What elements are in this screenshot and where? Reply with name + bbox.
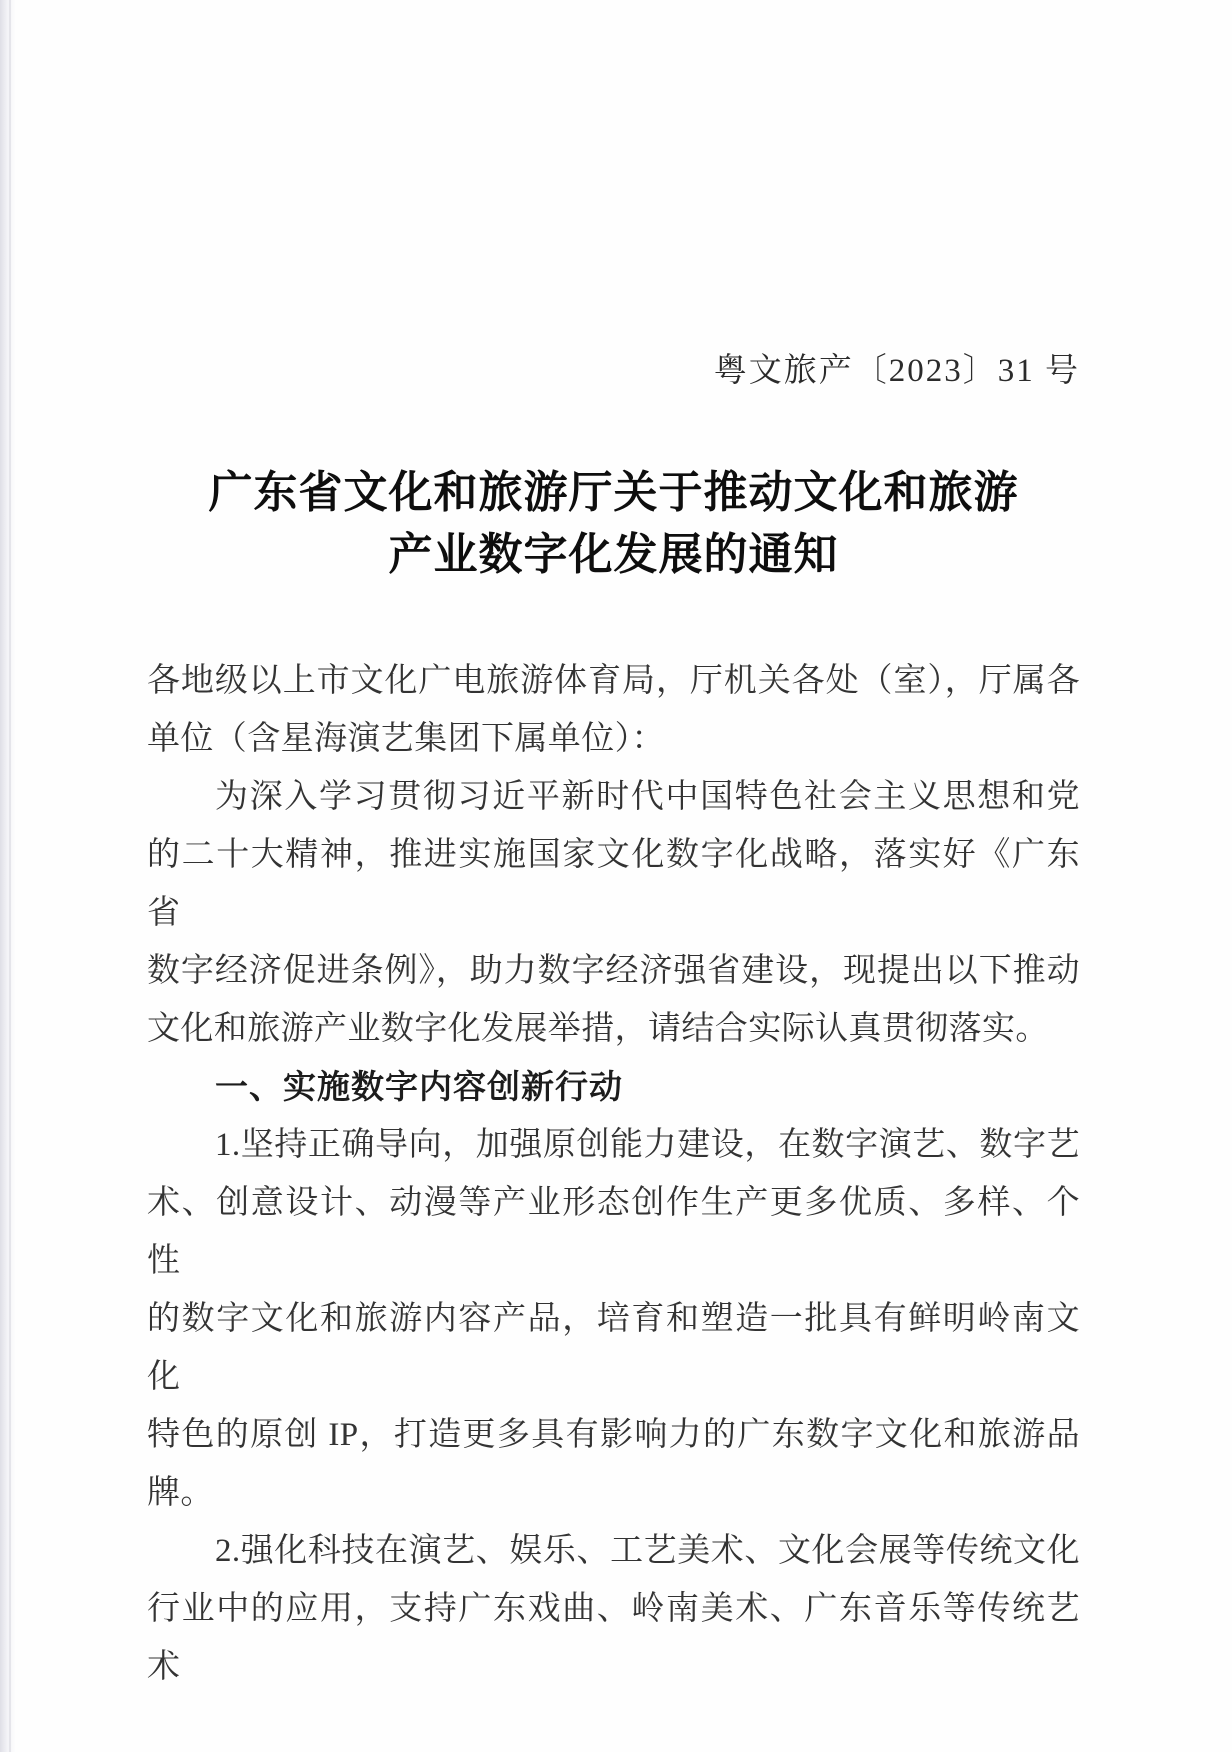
body-line: 术、创意设计、动漫等产业形态创作生产更多优质、多样、个性 — [147, 1174, 1080, 1290]
body-line: 文化和旅游产业数字化发展举措，请结合实际认真贯彻落实。 — [147, 1000, 1080, 1058]
body-line: 各地级以上市文化广电旅游体育局，厅机关各处（室），厅属各 — [147, 652, 1080, 710]
body-line: 的二十大精神，推进实施国家文化数字化战略，落实好《广东省 — [147, 826, 1080, 942]
document-title-line-1: 广东省文化和旅游厅关于推动文化和旅游 — [147, 462, 1080, 524]
scan-edge-line — [9, 0, 11, 1752]
body-line: 特色的原创 IP，打造更多具有影响力的广东数字文化和旅游品 — [147, 1406, 1080, 1464]
document-body: 各地级以上市文化广电旅游体育局，厅机关各处（室），厅属各单位（含星海演艺集团下属… — [147, 652, 1080, 1696]
body-line: 单位（含星海演艺集团下属单位）： — [147, 710, 1080, 768]
body-line: 为深入学习贯彻习近平新时代中国特色社会主义思想和党 — [147, 768, 1080, 826]
body-line: 的数字文化和旅游内容产品，培育和塑造一批具有鲜明岭南文化 — [147, 1290, 1080, 1406]
document-title-line-2: 产业数字化发展的通知 — [147, 524, 1080, 586]
body-line: 数字经济促进条例》，助力数字经济强省建设，现提出以下推动 — [147, 942, 1080, 1000]
document-title: 广东省文化和旅游厅关于推动文化和旅游 产业数字化发展的通知 — [147, 462, 1080, 586]
document-reference-number: 粤文旅产〔2023〕31 号 — [147, 350, 1080, 392]
body-line: 牌。 — [147, 1464, 1080, 1522]
body-line: 2.强化科技在演艺、娱乐、工艺美术、文化会展等传统文化 — [147, 1522, 1080, 1580]
body-line: 行业中的应用，支持广东戏曲、岭南美术、广东音乐等传统艺术 — [147, 1580, 1080, 1696]
body-line: 1.坚持正确导向，加强原创能力建设，在数字演艺、数字艺 — [147, 1116, 1080, 1174]
scan-edge-shadow — [0, 0, 16, 1752]
scanned-document-page: 粤文旅产〔2023〕31 号 广东省文化和旅游厅关于推动文化和旅游 产业数字化发… — [0, 0, 1232, 1752]
section-heading: 一、实施数字内容创新行动 — [147, 1058, 1080, 1116]
